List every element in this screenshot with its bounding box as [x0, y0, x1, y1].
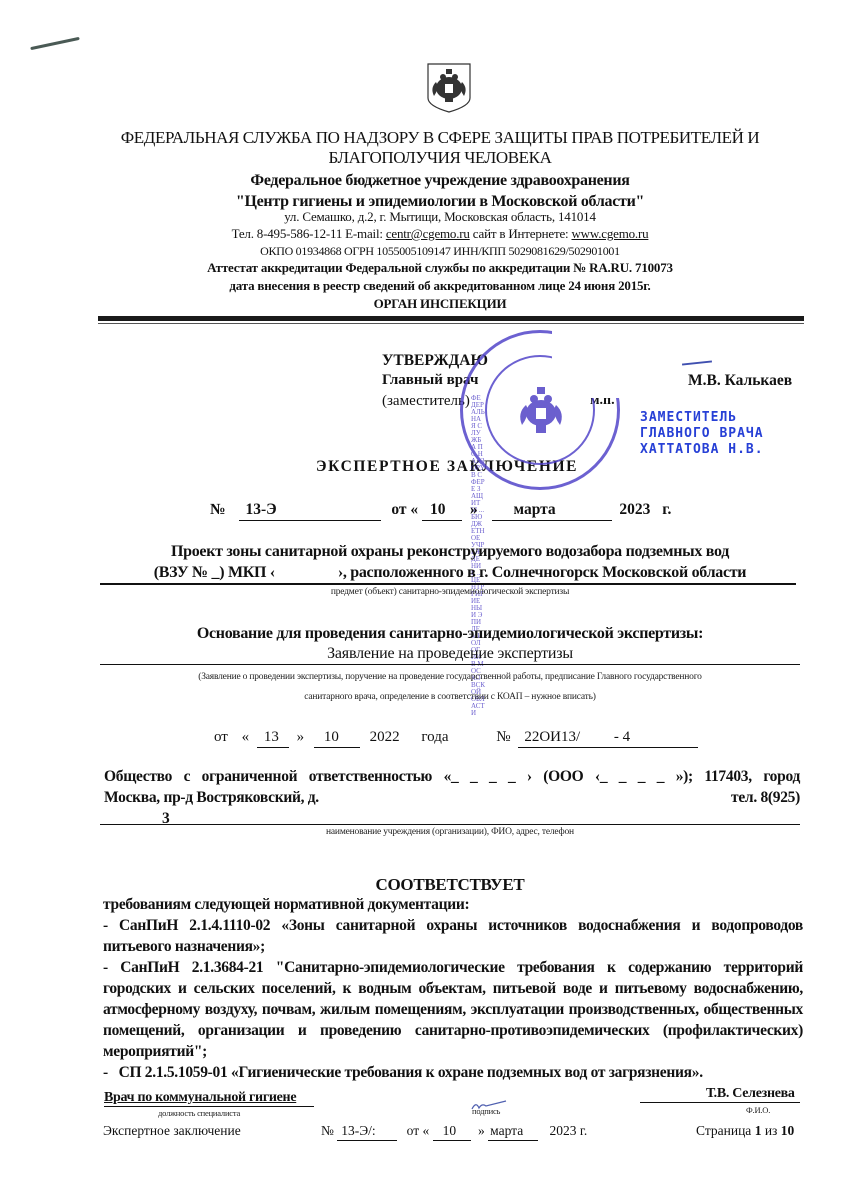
basis-value: Заявление на проведение экспертизы	[100, 645, 800, 663]
signer-position: Врач по коммунальной гигиене	[104, 1090, 296, 1106]
conclusion-number: 13-Э	[239, 500, 381, 521]
basis-caption-line1: (Заявление о проведении экспертизы, пору…	[100, 667, 800, 687]
basis-year: 2022	[370, 729, 400, 745]
basis-date-row: от « 13 » 10 2022 года № 22ОИ13/ - 4	[214, 727, 698, 748]
number-row: № 13-Э от « 10 » марта 2023 г.	[210, 500, 671, 521]
subject-line2: (ВЗУ № _) МКП ‹ ›, расположенного в г. С…	[100, 562, 800, 583]
sign-caption: подпись	[472, 1105, 500, 1117]
stamp-line1: ЗАМЕСТИТЕЛЬ	[640, 410, 764, 426]
applicant-underline	[100, 824, 800, 825]
footer-year: 2023 г.	[550, 1123, 588, 1138]
subject-underline	[100, 583, 796, 585]
approver-signature	[682, 360, 712, 365]
approver-name: М.В. Калькаев	[688, 372, 792, 390]
coat-of-arms-icon	[424, 60, 474, 114]
footer-doc-name: Экспертное заключение	[103, 1123, 241, 1138]
redaction-box	[552, 328, 624, 398]
footer-number: 13-Э/:	[337, 1122, 397, 1141]
name-caption: Ф.И.О.	[746, 1104, 770, 1116]
page-footer: Экспертное заключение № 13-Э/: от « 10 »…	[103, 1122, 803, 1140]
footer-day: 10	[433, 1122, 471, 1141]
applicant-line1: Общество с ограниченной ответственностью…	[104, 766, 800, 787]
agency-name-line2: БЛАГОПОЛУЧИЯ ЧЕЛОВЕКА	[60, 148, 820, 168]
approver-deputy: (заместитель)	[382, 393, 470, 410]
agency-name-line1: ФЕДЕРАЛЬНАЯ СЛУЖБА ПО НАДЗОРУ В СФЕРЕ ЗА…	[60, 128, 820, 148]
basis-day: 13	[257, 727, 289, 748]
position-caption: должность специалиста	[158, 1107, 240, 1119]
norm-item-3: - СП 2.1.5.1059-01 «Гигиенические требов…	[103, 1062, 803, 1083]
body-type: ОРГАН ИНСПЕКЦИИ	[60, 295, 820, 313]
basis-caption-line2: санитарного врача, определение в соответ…	[100, 687, 800, 707]
norm-item-1: - СанПиН 2.1.4.1110-02 «Зоны санитарной …	[103, 915, 803, 957]
header-divider-thin	[98, 323, 804, 324]
conclusion-year: 2023	[619, 501, 650, 518]
applicant-address: Москва, пр-д Востряковский, д.	[104, 787, 319, 808]
email-link[interactable]: centr@cgemo.ru	[386, 226, 470, 241]
subject-line1: Проект зоны санитарной охраны реконструи…	[100, 541, 800, 562]
basis-month: 10	[314, 727, 360, 748]
footer-month: марта	[488, 1122, 538, 1141]
contacts: Тел. 8-495-586-12-11 E-mail: centr@cgemo…	[60, 225, 820, 242]
applicant-phone: тел. 8(925)	[731, 787, 800, 808]
applicant-caption: наименование учреждения (организации), Ф…	[100, 826, 800, 838]
accreditation: Аттестат аккредитации Федеральной службы…	[60, 259, 820, 277]
registry-date: дата внесения в реестр сведений об аккре…	[60, 277, 820, 295]
signer-name-line	[640, 1102, 800, 1103]
basis-number: 22ОИ13/ - 4	[518, 727, 698, 748]
conclusion-day: 10	[422, 500, 462, 521]
page-indicator: Страница 1 из 10	[696, 1122, 794, 1140]
conclusion-month: марта	[492, 500, 612, 521]
institution-line1: Федеральное бюджетное учреждение здравоо…	[60, 170, 820, 191]
norm-item-2: - СанПиН 2.1.3684-21 "Санитарно-эпидемио…	[103, 957, 803, 1062]
org-codes: ОКПО 01934868 ОГРН 1055005109147 ИНН/КПП…	[60, 243, 820, 259]
scan-mark	[30, 37, 80, 50]
basis-heading: Основание для проведения санитарно-эпиде…	[100, 625, 800, 643]
address: ул. Семашко, д.2, г. Мытищи, Московская …	[60, 208, 820, 225]
stamp-line3: ХАТТАТОВА Н.В.	[640, 442, 764, 458]
signer-name: Т.В. Селезнева	[706, 1086, 795, 1102]
header-divider	[98, 316, 804, 321]
conclusion-intro: требованиям следующей нормативной докуме…	[103, 894, 803, 915]
subject-caption: предмет (объект) санитарно-эпидемиологич…	[100, 586, 800, 598]
site-link[interactable]: www.cgemo.ru	[571, 226, 648, 241]
basis-underline	[100, 664, 800, 665]
verdict: СООТВЕТСТВУЕТ	[100, 875, 800, 895]
stamp-line2: ГЛАВНОГО ВРАЧА	[640, 426, 764, 442]
